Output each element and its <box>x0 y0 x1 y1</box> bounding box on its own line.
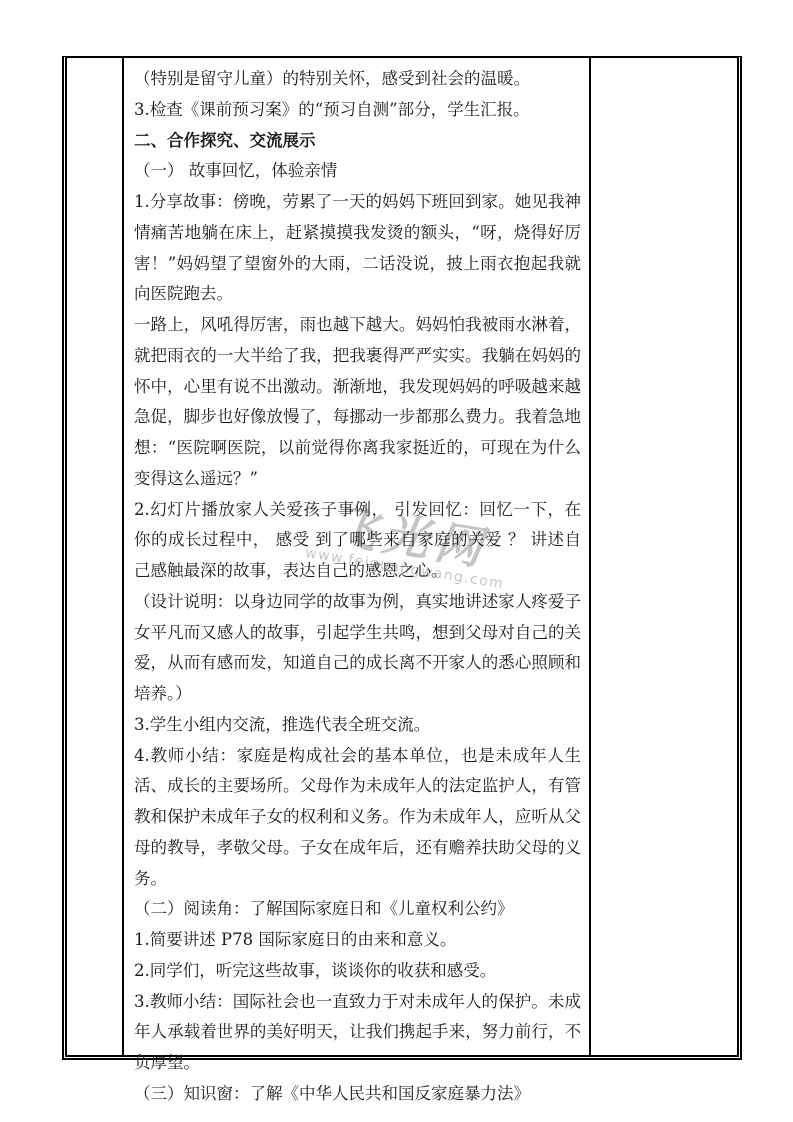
paragraph: 3.检查《课前预习案》的“预习自测”部分，学生汇报。 <box>134 95 581 126</box>
paragraph: （一） 故事回忆，体验亲情 <box>134 156 581 187</box>
table-left-column <box>67 58 124 1055</box>
paragraph: 2.同学们，听完这些故事，谈谈你的收获和感受。 <box>134 956 581 987</box>
paragraph: （设计说明：以身边同学的故事为例，真实地讲述家人疼爱子女平凡而又感人的故事，引起… <box>134 587 581 710</box>
paragraph: （三）知识窗：了解《中华人民共和国反家庭暴力法》 <box>134 1079 581 1110</box>
paragraph: 1.简要讲述 P78 国际家庭日的由来和意义。 <box>134 925 581 956</box>
paragraph: 一路上，风吼得厉害，雨也越下越大。妈妈怕我被雨水淋着，就把雨衣的一大半给了我，把… <box>134 310 581 495</box>
table-right-column <box>591 58 737 1055</box>
paragraph: 3.教师小结：国际社会也一直致力于对未成年人的保护。未成年人承载着世界的美好明天… <box>134 987 581 1079</box>
lesson-plan-table: （特别是留守儿童）的特别关怀，感受到社会的温暖。3.检查《课前预习案》的“预习自… <box>62 56 742 1060</box>
main-column: （特别是留守儿童）的特别关怀，感受到社会的温暖。3.检查《课前预习案》的“预习自… <box>124 58 591 1055</box>
document-page: 飞光网 www.feiguangwang.com （特别是留守儿童）的特别关怀，… <box>0 0 793 1122</box>
paragraph: （特别是留守儿童）的特别关怀，感受到社会的温暖。 <box>134 64 581 95</box>
paragraph: 2.幻灯片播放家人关爱孩子事例， 引发回忆：回忆一下，在你的成长过程中， 感受 … <box>134 495 581 587</box>
paragraph: （二）阅读角：了解国际家庭日和《儿童权利公约》 <box>134 894 581 925</box>
paragraph: 1.分享故事：傍晚，劳累了一天的妈妈下班回到家。她见我神情痛苦地躺在床上，赶紧摸… <box>134 187 581 310</box>
paragraph: 3.学生小组内交流，推选代表全班交流。 <box>134 710 581 741</box>
paragraph: 4.教师小结：家庭是构成社会的基本单位，也是未成年人生活、成长的主要场所。父母作… <box>134 741 581 895</box>
section-heading: 二、合作探究、交流展示 <box>134 126 581 157</box>
